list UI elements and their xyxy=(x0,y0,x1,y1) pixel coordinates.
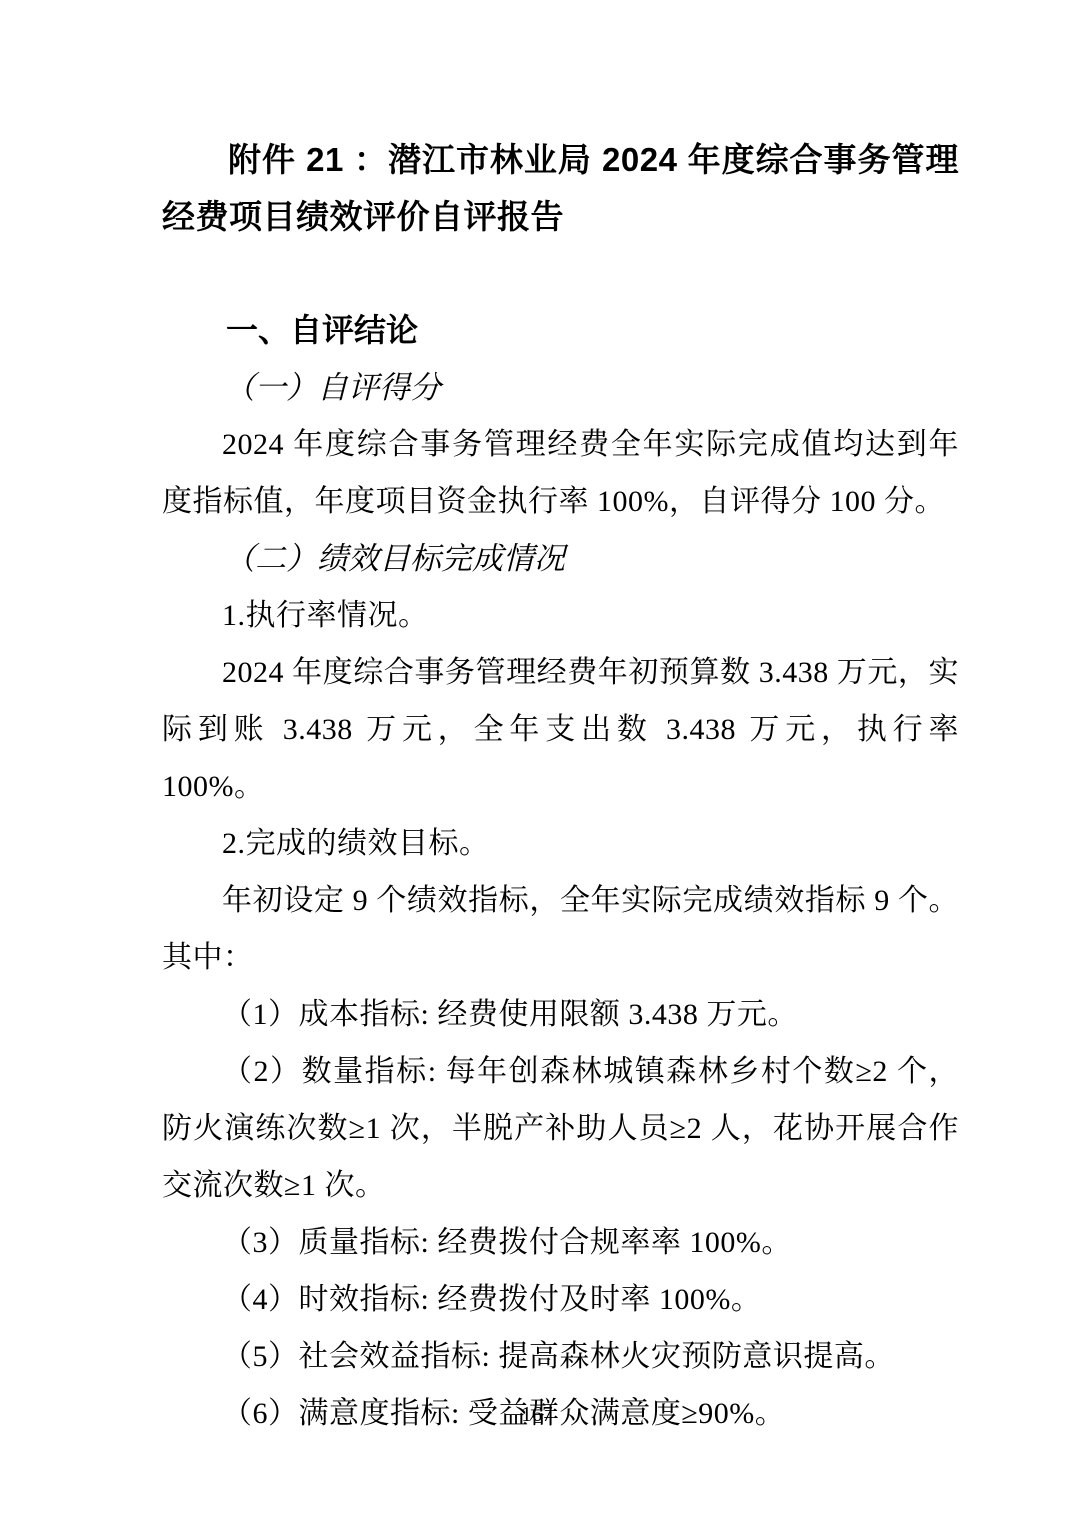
paragraph-quantity-indicator: （2）数量指标: 每年创森林城镇森林乡村个数≥2 个，防火演练次数≥1 次，半脱… xyxy=(162,1043,959,1214)
page-number: 167 xyxy=(0,1399,1074,1429)
subheading-performance-target-completion: （二）绩效目标完成情况 xyxy=(162,530,959,587)
paragraph-social-benefit-indicator: （5）社会效益指标: 提高森林火灾预防意识提高。 xyxy=(162,1328,959,1385)
paragraph-budget-execution: 2024 年度综合事务管理经费年初预算数 3.438 万元，实际到账 3.438… xyxy=(162,644,959,815)
document-title: 附件 21 ：潜江市林业局 2024 年度综合事务管理经费项目绩效评价自评报告 xyxy=(162,131,959,245)
paragraph-time-indicator: （4）时效指标: 经费拨付及时率 100%。 xyxy=(162,1271,959,1328)
heading-self-evaluation-conclusion: 一、自评结论 xyxy=(162,302,959,359)
paragraph-score-summary: 2024 年度综合事务管理经费全年实际完成值均达到年度指标值，年度项目资金执行率… xyxy=(162,416,959,530)
paragraph-cost-indicator: （1）成本指标: 经费使用限额 3.438 万元。 xyxy=(162,986,959,1043)
document-content: 附件 21 ：潜江市林业局 2024 年度综合事务管理经费项目绩效评价自评报告 … xyxy=(162,131,959,1442)
document-page: 附件 21 ：潜江市林业局 2024 年度综合事务管理经费项目绩效评价自评报告 … xyxy=(0,0,1074,1520)
paragraph-quality-indicator: （3）质量指标: 经费拨付合规率率 100%。 xyxy=(162,1214,959,1271)
paragraph-indicators-summary: 年初设定 9 个绩效指标，全年实际完成绩效指标 9 个。其中： xyxy=(162,872,959,986)
subheading-self-evaluation-score: （一）自评得分 xyxy=(162,359,959,416)
paragraph-execution-rate-label: 1.执行率情况。 xyxy=(162,587,959,644)
paragraph-completed-targets-label: 2.完成的绩效目标。 xyxy=(162,815,959,872)
